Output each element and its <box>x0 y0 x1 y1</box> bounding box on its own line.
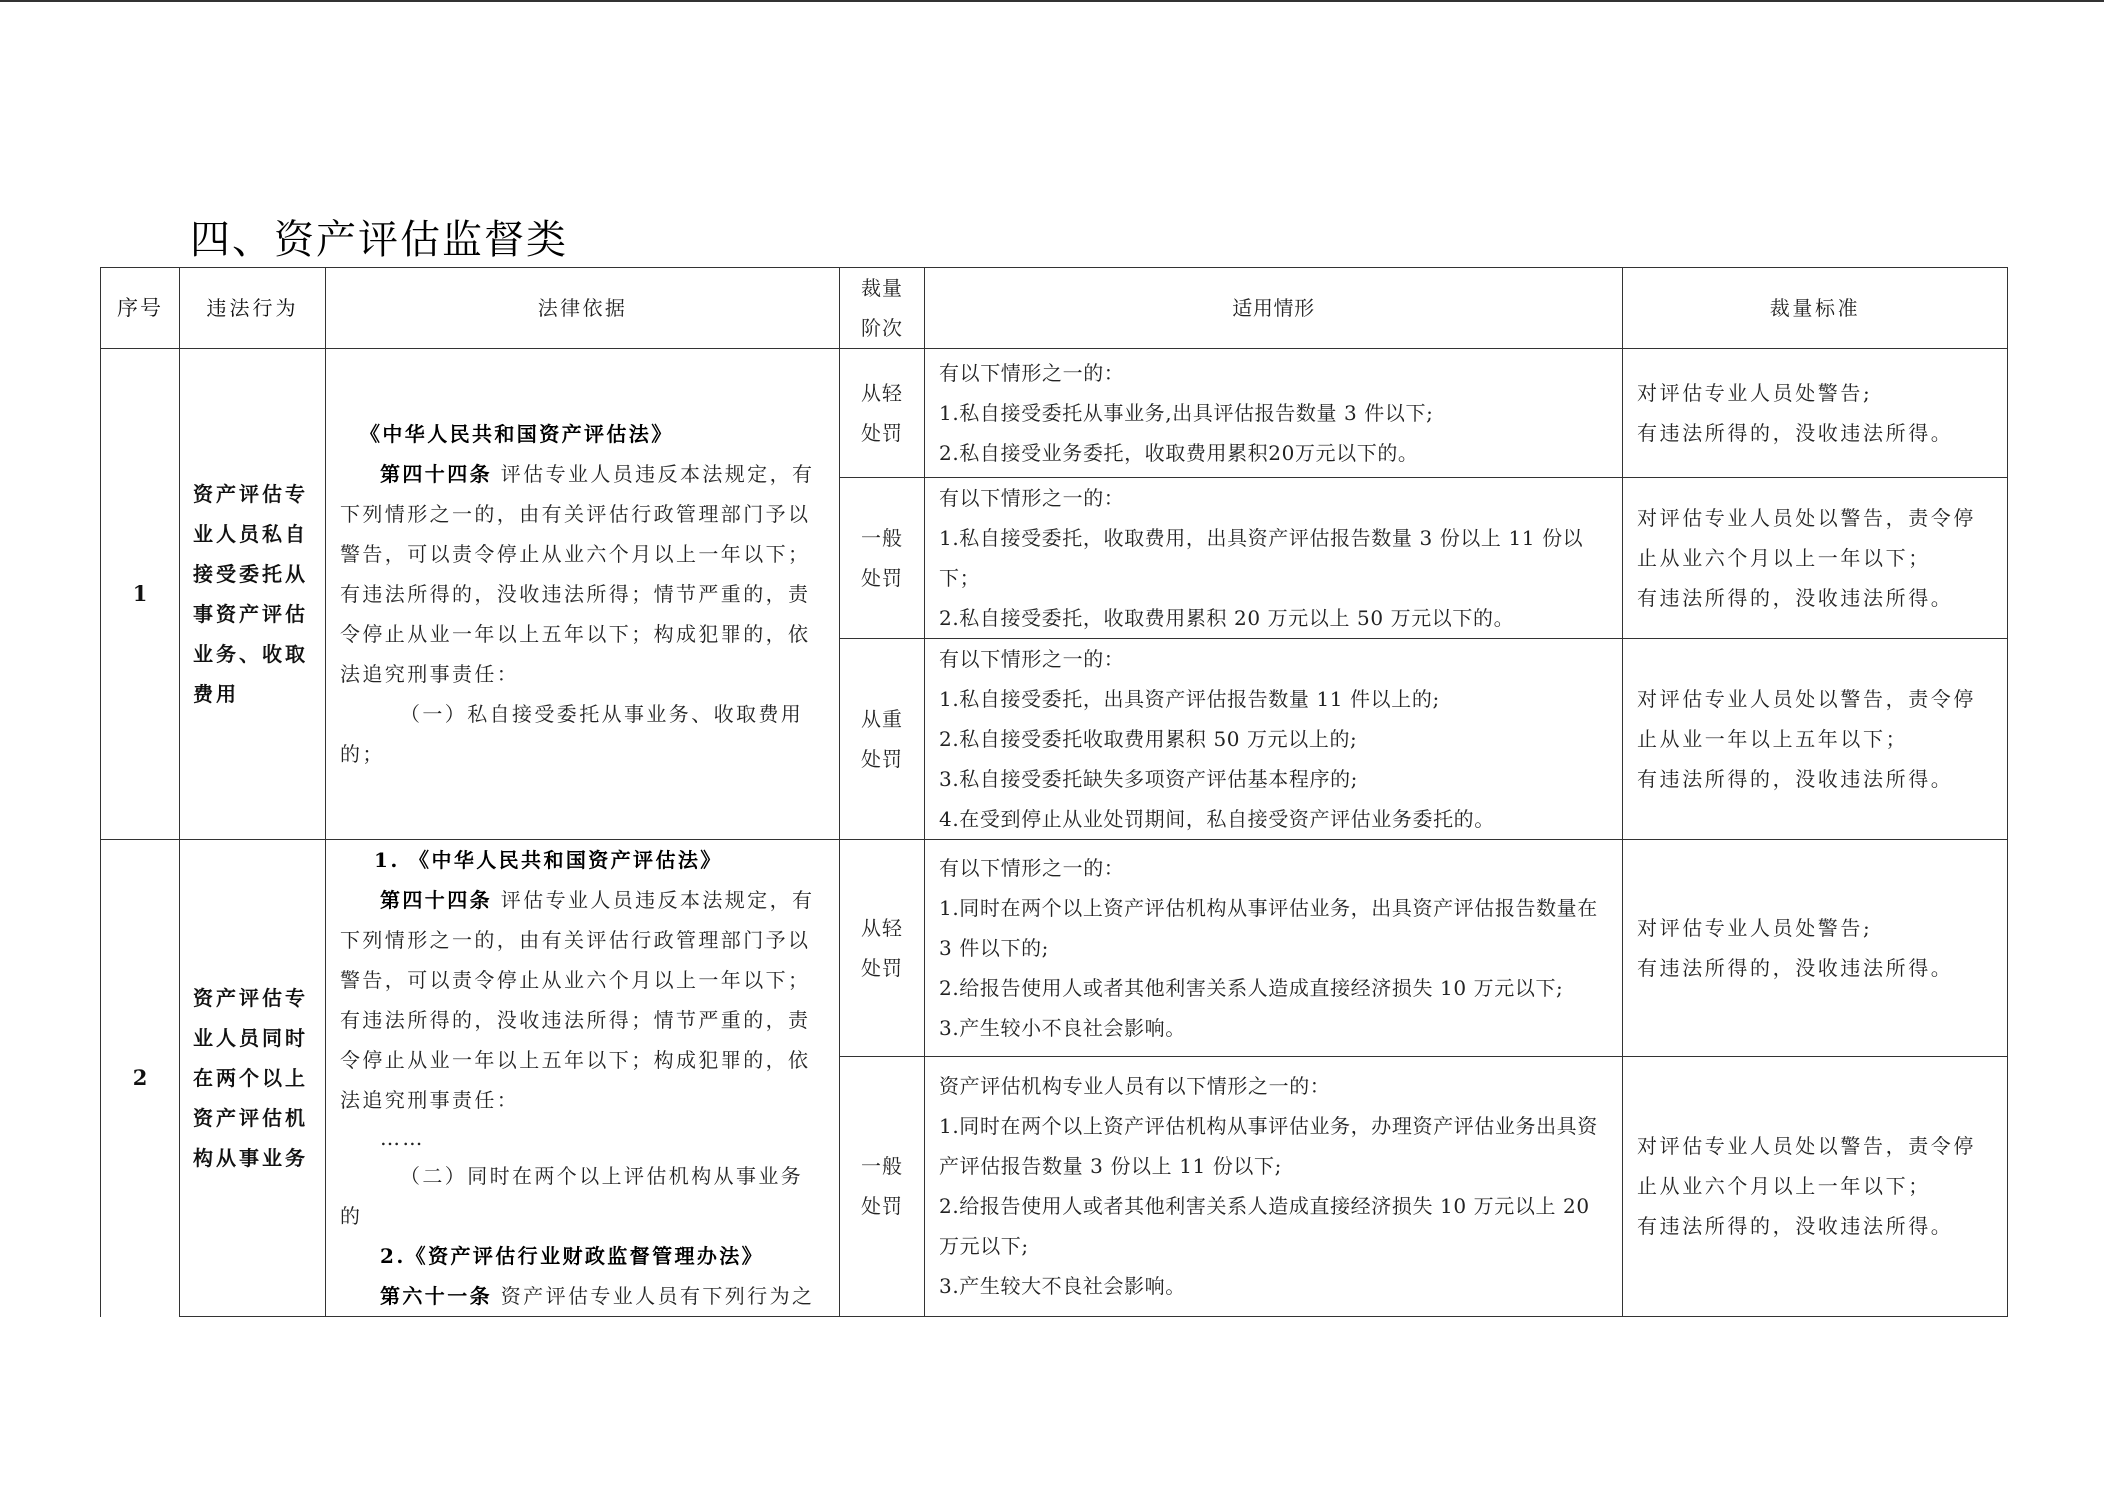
standard-line: 有违法所得的，没收违法所得。 <box>1637 948 1993 988</box>
row-law: 《中华人民共和国资产评估法》 第四十四条 评估专业人员违反本法规定，有下列情形之… <box>326 349 840 840</box>
standard-line: 对评估专业人员处警告; <box>1637 908 1993 948</box>
case-line: 1.私自接受委托从事业务,出具评估报告数量 3 件以下; <box>939 393 1608 433</box>
section-title: 四、资产评估监督类 <box>190 208 568 265</box>
law-item: （二）同时在两个以上评估机构从事业务的 <box>340 1156 825 1236</box>
case-cell: 有以下情形之一的： 1.同时在两个以上资产评估机构从事评估业务，出具资产评估报告… <box>925 840 1623 1057</box>
case-line: 1.同时在两个以上资产评估机构从事评估业务，办理资产评估业务出具资产评估报告数量… <box>939 1106 1608 1186</box>
law-article-text: 第四十四条 评估专业人员违反本法规定，有下列情形之一的，由有关评估行政管理部门予… <box>340 454 825 694</box>
case-line: 2.私自接受业务委托，收取费用累积20万元以下的。 <box>939 433 1608 473</box>
case-cell: 资产评估机构专业人员有以下情形之一的： 1.同时在两个以上资产评估机构从事评估业… <box>925 1056 1623 1316</box>
standard-line: 有违法所得的，没收违法所得。 <box>1637 413 1993 453</box>
header-no: 序号 <box>101 268 180 349</box>
law-body: 评估专业人员违反本法规定，有下列情形之一的，由有关评估行政管理部门予以警告，可以… <box>340 462 814 686</box>
case-line: 有以下情形之一的： <box>939 639 1608 679</box>
standard-cell: 对评估专业人员处以警告，责令停止从业六个月以上一年以下； 有违法所得的，没收违法… <box>1623 1056 2008 1316</box>
case-cell: 有以下情形之一的： 1.私自接受委托，收取费用，出具资产评估报告数量 3 份以上… <box>925 478 1623 639</box>
law-ellipsis: …… <box>340 1120 825 1156</box>
level-line2: 处罚 <box>840 739 924 779</box>
law-item: （一）私自接受委托从事业务、收取费用的； <box>340 694 825 774</box>
case-line: 2.给报告使用人或者其他利害关系人造成直接经济损失 10 万元以上 20 万元以… <box>939 1186 1608 1266</box>
header-standard: 裁量标准 <box>1623 268 2008 349</box>
standard-line: 对评估专业人员处以警告，责令停止从业六个月以上一年以下； <box>1637 1126 1993 1206</box>
case-line: 2.私自接受委托收取费用累积 50 万元以上的; <box>939 719 1608 759</box>
law-title-2: 2.《资产评估行业财政监督管理办法》 <box>340 1236 825 1276</box>
row-no: 2 <box>101 840 180 1317</box>
law-title: 1. 《中华人民共和国资产评估法》 <box>340 840 825 880</box>
law-article: 第四十四条 <box>380 888 492 912</box>
level-cell: 一般 处罚 <box>840 478 925 639</box>
level-line2: 处罚 <box>840 413 924 453</box>
table-row: 2 资产评估专业人员同时在两个以上资产评估机构从事业务 1. 《中华人民共和国资… <box>101 840 2008 1057</box>
level-cell: 从轻 处罚 <box>840 349 925 478</box>
standard-cell: 对评估专业人员处以警告，责令停止从业一年以上五年以下； 有违法所得的，没收违法所… <box>1623 639 2008 840</box>
case-line: 4.在受到停止从业处罚期间，私自接受资产评估业务委托的。 <box>939 799 1608 839</box>
row-no: 1 <box>101 349 180 840</box>
case-line: 有以下情形之一的： <box>939 848 1608 888</box>
standard-cell: 对评估专业人员处警告; 有违法所得的，没收违法所得。 <box>1623 349 2008 478</box>
table-row: 1 资产评估专业人员私自接受委托从事资产评估业务、收取费用 《中华人民共和国资产… <box>101 349 2008 478</box>
row-act: 资产评估专业人员同时在两个以上资产评估机构从事业务 <box>180 840 326 1317</box>
case-cell: 有以下情形之一的： 1.私自接受委托从事业务,出具评估报告数量 3 件以下; 2… <box>925 349 1623 478</box>
level-line2: 处罚 <box>840 558 924 598</box>
level-cell: 一般 处罚 <box>840 1056 925 1316</box>
header-act: 违法行为 <box>180 268 326 349</box>
standard-line: 有违法所得的，没收违法所得。 <box>1637 1206 1993 1246</box>
law-title: 《中华人民共和国资产评估法》 <box>340 414 825 454</box>
case-line: 3.产生较小不良社会影响。 <box>939 1008 1608 1048</box>
case-line: 2.给报告使用人或者其他利害关系人造成直接经济损失 10 万元以下; <box>939 968 1608 1008</box>
header-level-line2: 阶次 <box>840 308 924 348</box>
standard-line: 对评估专业人员处以警告，责令停止从业六个月以上一年以下； <box>1637 498 1993 578</box>
case-line: 1.同时在两个以上资产评估机构从事评估业务，出具资产评估报告数量在 3 件以下的… <box>939 888 1608 968</box>
standard-line: 有违法所得的，没收违法所得。 <box>1637 759 1993 799</box>
law-article-2: 第六十一条 <box>380 1284 492 1308</box>
standard-line: 对评估专业人员处警告; <box>1637 373 1993 413</box>
standard-line: 有违法所得的，没收违法所得。 <box>1637 578 1993 618</box>
case-line: 资产评估机构专业人员有以下情形之一的： <box>939 1066 1608 1106</box>
law-body-2: 资产评估专业人员有下列行为之 <box>501 1284 815 1308</box>
level-cell: 从重 处罚 <box>840 639 925 840</box>
header-level: 裁量 阶次 <box>840 268 925 349</box>
row-law: 1. 《中华人民共和国资产评估法》 第四十四条 评估专业人员违反本法规定，有下列… <box>326 840 840 1317</box>
header-case: 适用情形 <box>925 268 1623 349</box>
case-line: 2.私自接受委托，收取费用累积 20 万元以上 50 万元以下的。 <box>939 598 1608 638</box>
level-line2: 处罚 <box>840 948 924 988</box>
law-body: 评估专业人员违反本法规定，有下列情形之一的，由有关评估行政管理部门予以警告，可以… <box>340 888 814 1112</box>
level-line2: 处罚 <box>840 1186 924 1226</box>
table-header-row: 序号 违法行为 法律依据 裁量 阶次 适用情形 裁量标准 <box>101 268 2008 349</box>
standard-line: 对评估专业人员处以警告，责令停止从业一年以上五年以下； <box>1637 679 1993 759</box>
case-line: 1.私自接受委托，出具资产评估报告数量 11 件以上的; <box>939 679 1608 719</box>
case-line: 有以下情形之一的： <box>939 478 1608 518</box>
row-act: 资产评估专业人员私自接受委托从事资产评估业务、收取费用 <box>180 349 326 840</box>
level-line1: 一般 <box>840 518 924 558</box>
law-article-text-2: 第六十一条 资产评估专业人员有下列行为之 <box>340 1276 825 1316</box>
standard-cell: 对评估专业人员处以警告，责令停止从业六个月以上一年以下； 有违法所得的，没收违法… <box>1623 478 2008 639</box>
level-line1: 从重 <box>840 699 924 739</box>
level-cell: 从轻 处罚 <box>840 840 925 1057</box>
case-line: 1.私自接受委托，收取费用，出具资产评估报告数量 3 份以上 11 份以下； <box>939 518 1608 598</box>
case-line: 有以下情形之一的： <box>939 353 1608 393</box>
case-cell: 有以下情形之一的： 1.私自接受委托，出具资产评估报告数量 11 件以上的; 2… <box>925 639 1623 840</box>
level-line1: 一般 <box>840 1146 924 1186</box>
case-line: 3.私自接受委托缺失多项资产评估基本程序的; <box>939 759 1608 799</box>
law-article: 第四十四条 <box>380 462 492 486</box>
case-line: 3.产生较大不良社会影响。 <box>939 1266 1608 1306</box>
penalty-discretion-table: 序号 违法行为 法律依据 裁量 阶次 适用情形 裁量标准 1 资产评估专业人员私… <box>100 267 2008 1317</box>
header-level-line1: 裁量 <box>840 268 924 308</box>
standard-cell: 对评估专业人员处警告; 有违法所得的，没收违法所得。 <box>1623 840 2008 1057</box>
level-line1: 从轻 <box>840 908 924 948</box>
page-top-edge <box>0 0 2104 2</box>
law-article-text: 第四十四条 评估专业人员违反本法规定，有下列情形之一的，由有关评估行政管理部门予… <box>340 880 825 1120</box>
level-line1: 从轻 <box>840 373 924 413</box>
header-law: 法律依据 <box>326 268 840 349</box>
